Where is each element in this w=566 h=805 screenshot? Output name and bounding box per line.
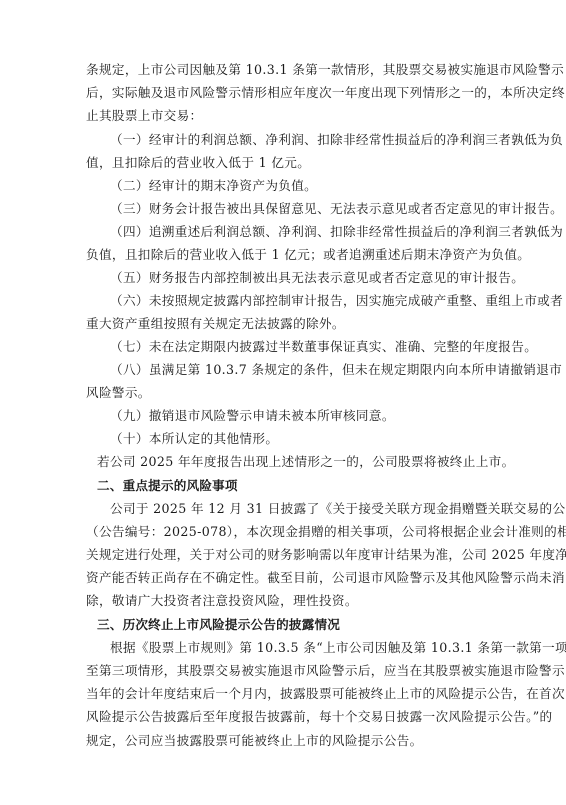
conclusion-paragraph: 若公司 2025 年年度报告出现上述情形之一的，公司股票将被终止上市。 [97, 452, 512, 472]
list-item-4: （四）追溯重述后利润总额、净利润、扣除非经常性损益后的净利润三者孰低为 [110, 222, 512, 242]
list-item-8: （八）虽满足第 10.3.7 条规定的条件，但未在规定期限内向本所申请撤销退市 [110, 360, 512, 380]
list-item-10: （十）本所认定的其他情形。 [110, 429, 512, 449]
list-item-6: （六）未按照规定披露内部控制审计报告，因实施完成破产重整、重组上市或者 [110, 291, 512, 311]
document-page: 条规定，上市公司因触及第 10.3.1 条第一款情形，其股票交易被实施退市风险警… [0, 0, 566, 805]
text-line: 后，实际触及退市风险警示情形相应年度次一年度出现下列情形之一的，本所决定终 [86, 83, 512, 103]
text-line: 条规定，上市公司因触及第 10.3.1 条第一款情形，其股票交易被实施退市风险警… [86, 60, 512, 80]
text-line: （公告编号：2025-078），本次现金捐赠的相关事项，公司将根据企业会计准则的… [86, 522, 512, 542]
text-line: 资产能否转正尚存在不确定性。截至目前，公司退市风险警示及其他风险警示尚未消 [86, 568, 512, 588]
list-item-9: （九）撤销退市风险警示申请未被本所审核同意。 [110, 406, 512, 426]
text-line: 至第三项情形，其股票交易被实施退市风险警示后，应当在其股票被实施退市险警示 [86, 661, 512, 681]
text-line: 重大资产重组按照有关规定无法披露的除外。 [86, 314, 512, 334]
text-line: 风险提示公告披露后至年度报告披露前，每十个交易日披露一次风险提示公告。”的 [86, 707, 512, 727]
text-line: 止其股票上市交易： [86, 106, 512, 126]
list-item-2: （二）经审计的期末净资产为负值。 [110, 176, 512, 196]
section-heading-3: 三、历次终止上市风险提示公告的披露情况 [97, 615, 497, 635]
list-item-1: （一）经审计的利润总额、净利润、扣除非经常性损益后的净利润三者孰低为负 [110, 130, 512, 150]
list-item-5: （五）财务报告内部控制被出具无法表示意见或者否定意见的审计报告。 [110, 268, 512, 288]
text-line: 根据《股票上市规则》第 10.3.5 条“上市公司因触及第 10.3.1 条第一… [110, 638, 512, 658]
text-line: 风险警示。 [86, 383, 512, 403]
text-line: 规定，公司应当披露股票可能被终止上市的风险提示公告。 [86, 731, 512, 751]
text-line: 公司于 2025 年 12 月 31 日披露了《关于接受关联方现金捐赠暨关联交易… [110, 499, 512, 519]
text-line: 当年的会计年度结束后一个月内，披露股票可能被终止上市的风险提示公告，在首次 [86, 684, 512, 704]
section-heading-2: 二、重点提示的风险事项 [97, 476, 497, 496]
text-line: 关规定进行处理，关于对公司的财务影响需以年度审计结果为准，公司 2025 年度净 [86, 545, 512, 565]
text-line: 负值，且扣除后的营业收入低于 1 亿元；或者追溯重述后期末净资产为负值。 [86, 245, 512, 265]
text-line: 值，且扣除后的营业收入低于 1 亿元。 [86, 153, 512, 173]
text-line: 除，敬请广大投资者注意投资风险，理性投资。 [86, 591, 512, 611]
list-item-7: （七）未在法定期限内披露过半数董事保证真实、准确、完整的年度报告。 [110, 337, 512, 357]
list-item-3: （三）财务会计报告被出具保留意见、无法表示意见或者否定意见的审计报告。 [110, 199, 512, 219]
